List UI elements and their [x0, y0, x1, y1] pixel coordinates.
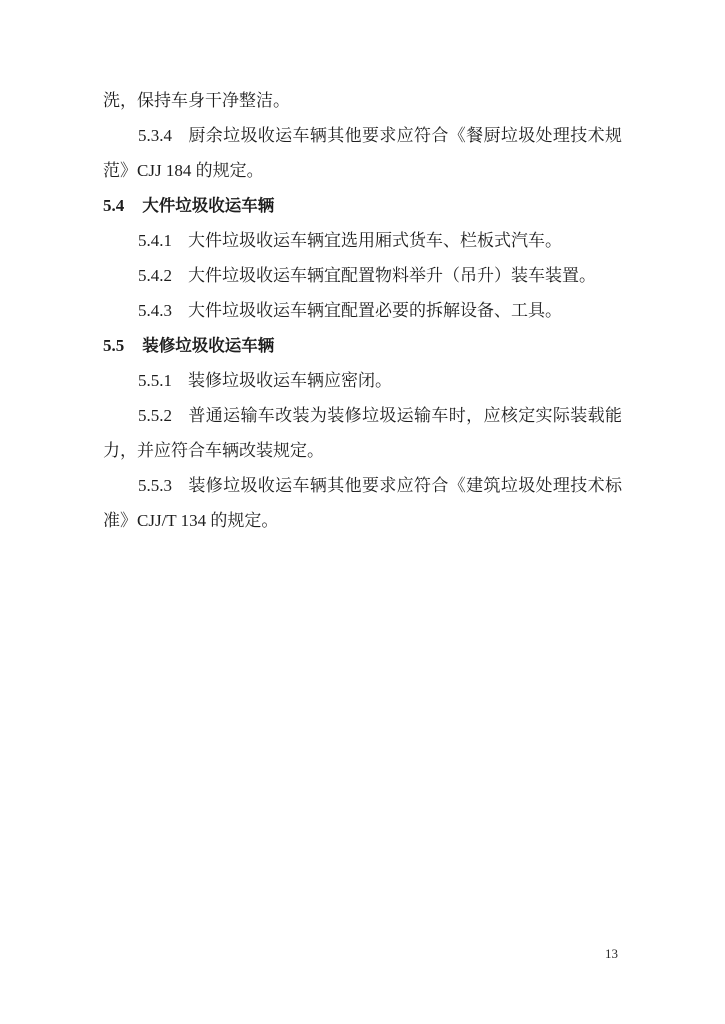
page-number: 13 [605, 946, 618, 962]
section-5-4-heading: 5.4大件垃圾收运车辆 [103, 188, 622, 223]
clause-text: 装修垃圾收运车辆应密闭。 [188, 371, 392, 390]
clause-5-4-2: 5.4.2大件垃圾收运车辆宜配置物料举升（吊升）装车装置。 [103, 258, 622, 293]
document-page: 洗，保持车身干净整洁。 5.3.4厨余垃圾收运车辆其他要求应符合《餐厨垃圾处理技… [0, 0, 725, 1024]
clause-5-5-1: 5.5.1装修垃圾收运车辆应密闭。 [103, 363, 622, 398]
clause-number: 5.5.3 [138, 476, 172, 495]
document-body: 洗，保持车身干净整洁。 5.3.4厨余垃圾收运车辆其他要求应符合《餐厨垃圾处理技… [103, 83, 622, 538]
section-number: 5.4 [103, 196, 124, 215]
clause-5-3-3-continuation-line: 洗，保持车身干净整洁。 [103, 83, 622, 118]
clause-5-4-3: 5.4.3大件垃圾收运车辆宜配置必要的拆解设备、工具。 [103, 293, 622, 328]
clause-text: 普通运输车改装为装修垃圾运输车时，应核定实际装载能 [188, 406, 622, 425]
section-number: 5.5 [103, 336, 124, 355]
clause-5-5-2-line-2: 力，并应符合车辆改装规定。 [103, 433, 622, 468]
clause-5-5-2-line-1: 5.5.2普通运输车改装为装修垃圾运输车时，应核定实际装载能 [103, 398, 622, 433]
clause-number: 5.4.2 [138, 266, 172, 285]
section-title: 大件垃圾收运车辆 [142, 197, 274, 215]
clause-number: 5.5.2 [138, 406, 172, 425]
clause-text: 大件垃圾收运车辆宜选用厢式货车、栏板式汽车。 [188, 231, 562, 250]
clause-text: 装修垃圾收运车辆其他要求应符合《建筑垃圾处理技术标 [188, 476, 622, 495]
section-5-5-heading: 5.5装修垃圾收运车辆 [103, 328, 622, 363]
clause-5-5-3-line-1: 5.5.3装修垃圾收运车辆其他要求应符合《建筑垃圾处理技术标 [103, 468, 622, 503]
clause-5-5-3-line-2: 准》CJJ/T 134 的规定。 [103, 503, 622, 538]
clause-number: 5.5.1 [138, 371, 172, 390]
clause-5-3-4-line-1: 5.3.4厨余垃圾收运车辆其他要求应符合《餐厨垃圾处理技术规 [103, 118, 622, 153]
clause-5-3-4-line-2: 范》CJJ 184 的规定。 [103, 153, 622, 188]
clause-5-4-1: 5.4.1大件垃圾收运车辆宜选用厢式货车、栏板式汽车。 [103, 223, 622, 258]
clause-number: 5.4.1 [138, 231, 172, 250]
clause-number: 5.4.3 [138, 301, 172, 320]
clause-text: 大件垃圾收运车辆宜配置必要的拆解设备、工具。 [188, 301, 562, 320]
clause-text: 厨余垃圾收运车辆其他要求应符合《餐厨垃圾处理技术规 [188, 126, 622, 145]
clause-text: 大件垃圾收运车辆宜配置物料举升（吊升）装车装置。 [188, 266, 596, 285]
clause-number: 5.3.4 [138, 126, 172, 145]
section-title: 装修垃圾收运车辆 [142, 337, 274, 355]
